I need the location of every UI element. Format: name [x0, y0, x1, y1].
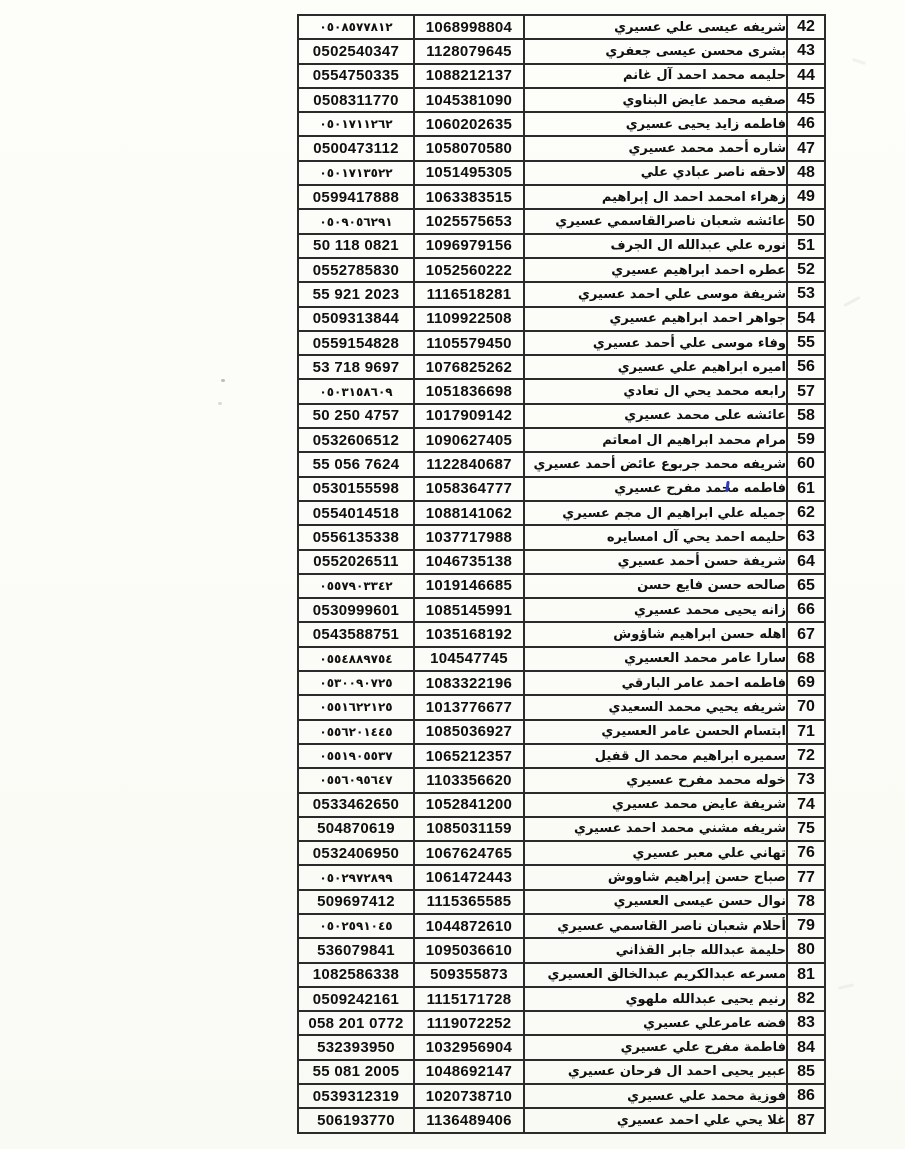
name-cell: شريفه محمد جربوع عائض أحمد عسيري [524, 452, 787, 476]
table-row: 05561353381037717988حليمه احمد يحي آل ام… [298, 525, 825, 549]
table-row: 05301555981058364777فاطمه محمد مفرح عسير… [298, 477, 825, 501]
national-id-cell: 1025575653 [414, 209, 524, 233]
name-cell: فاطمه محمد مفرح عسيري [524, 477, 787, 501]
row-number-cell: 72 [787, 744, 825, 768]
phone-cell: 506193770 [298, 1108, 414, 1132]
national-id-cell: 1085036927 [414, 720, 524, 744]
row-number-cell: 69 [787, 671, 825, 695]
name-cell: حليمه محمد احمد آل غانم [524, 64, 787, 88]
phone-cell: 0559154828 [298, 331, 414, 355]
table-row: ٠٥٠١٧١١٢٦٢1060202635فاطمه زايد يحيى عسير… [298, 112, 825, 136]
name-cell: حليمة عبدالله جابر القذاني [524, 938, 787, 962]
table-row: 05309996011085145991زانه يحيى محمد عسيري… [298, 598, 825, 622]
row-number-cell: 84 [787, 1035, 825, 1059]
phone-cell: ٠٥٣٠٠٩٠٧٢٥ [298, 671, 414, 695]
row-number-cell: 45 [787, 88, 825, 112]
table-row: ٠٥٥٧٩٠٣٣٤٢1019146685صالحه حسن فايع حسن65 [298, 574, 825, 598]
row-number-cell: 67 [787, 622, 825, 646]
row-number-cell: 64 [787, 550, 825, 574]
table-row: ٠٥٥٦٢٠١٤٤٥1085036927ابتسام الحسن عامر ال… [298, 720, 825, 744]
row-number-cell: 59 [787, 428, 825, 452]
name-cell: لاحقه ناصر عبادي علي [524, 161, 787, 185]
national-id-cell: 1046735138 [414, 550, 524, 574]
name-cell: رابعه محمد يحي ال تعادي [524, 379, 787, 403]
table-row: 05083117701045381090صفيه محمد عايض البنا… [298, 88, 825, 112]
phone-cell: 1082586338 [298, 963, 414, 987]
row-number-cell: 62 [787, 501, 825, 525]
phone-cell: ٠٥٠٢٥٩١٠٤٥ [298, 914, 414, 938]
national-id-cell: 1088212137 [414, 64, 524, 88]
row-number-cell: 55 [787, 331, 825, 355]
national-id-cell: 1067624765 [414, 841, 524, 865]
row-number-cell: 70 [787, 695, 825, 719]
name-cell: رنيم يحيى عبدالله ملهوي [524, 987, 787, 1011]
phone-cell: ٠٥٠١٧١١٢٦٢ [298, 112, 414, 136]
table-row: 50 250 47571017909142عائشه على محمد عسير… [298, 404, 825, 428]
national-id-cell: 1032956904 [414, 1035, 524, 1059]
phone-cell: ٠٥٥٦٠٩٥٦٤٧ [298, 768, 414, 792]
national-id-cell: 1105579450 [414, 331, 524, 355]
table-row: 55 081 20051048692147عبير يحيى احمد ال ف… [298, 1060, 825, 1084]
table-row: ٠٥٠٩٠٥٦٢٩١1025575653عائشه شعبان ناصرالقا… [298, 209, 825, 233]
national-id-cell: 1096979156 [414, 234, 524, 258]
name-cell: اميره ابراهيم علي عسيري [524, 355, 787, 379]
table-row: 05093138441109922508جواهر احمد ابراهيم ع… [298, 307, 825, 331]
phone-cell: 0554750335 [298, 64, 414, 88]
table-row: 05025403471128079645بشرى محسن عيسى جعفري… [298, 39, 825, 63]
national-id-cell: 1019146685 [414, 574, 524, 598]
row-number-cell: 60 [787, 452, 825, 476]
row-number-cell: 79 [787, 914, 825, 938]
table-row: 5323939501032956904فاطمة مفرح علي عسيري8… [298, 1035, 825, 1059]
phone-cell: ٠٥٥٦٢٠١٤٤٥ [298, 720, 414, 744]
name-cell: جميله علي ابراهيم ال مجم عسيري [524, 501, 787, 525]
row-number-cell: 65 [787, 574, 825, 598]
national-id-cell: 1083322196 [414, 671, 524, 695]
national-id-cell: 1095036610 [414, 938, 524, 962]
national-id-cell: 1085145991 [414, 598, 524, 622]
name-cell: مسرعه عبدالكريم عبدالخالق العسيري [524, 963, 787, 987]
phone-cell: 0554014518 [298, 501, 414, 525]
row-number-cell: 63 [787, 525, 825, 549]
phone-cell: 0533462650 [298, 793, 414, 817]
table-row: 05004731121058070580شاره أحمد محمد عسيري… [298, 136, 825, 160]
name-cell: خوله محمد مفرح عسيري [524, 768, 787, 792]
scan-smudge [852, 58, 866, 65]
phone-cell: 509697412 [298, 890, 414, 914]
row-number-cell: 66 [787, 598, 825, 622]
name-cell: عائشه على محمد عسيري [524, 404, 787, 428]
row-number-cell: 76 [787, 841, 825, 865]
table-row: 05092421611115171728رنيم يحيى عبدالله مل… [298, 987, 825, 1011]
table-row: 5360798411095036610حليمة عبدالله جابر ال… [298, 938, 825, 962]
table-row: 55 921 20231116518281شريفة موسى علي احمد… [298, 282, 825, 306]
phone-cell: 536079841 [298, 938, 414, 962]
scanned-page-background: ٠٥٠٨٥٧٧٨١٢1068998804شريفه عيسى علي عسيري… [0, 0, 905, 1149]
table-row: 05393123191020738710فوزية محمد علي عسيري… [298, 1084, 825, 1108]
national-id-cell: 1063383515 [414, 185, 524, 209]
name-cell: حليمه احمد يحي آل امسايره [524, 525, 787, 549]
scan-smudge [218, 402, 222, 405]
phone-cell: 0530155598 [298, 477, 414, 501]
name-cell: ابتسام الحسن عامر العسيري [524, 720, 787, 744]
phone-cell: 50 118 0821 [298, 234, 414, 258]
table-row: 05540145181088141062جميله علي ابراهيم ال… [298, 501, 825, 525]
name-cell: فاطمة مفرح علي عسيري [524, 1035, 787, 1059]
row-number-cell: 71 [787, 720, 825, 744]
table-row: ٠٥٠١٧١٣٥٢٢1051495305لاحقه ناصر عبادي علي… [298, 161, 825, 185]
row-number-cell: 78 [787, 890, 825, 914]
table-row: 50 118 08211096979156نوره علي عبدالله ال… [298, 234, 825, 258]
national-id-cell: 1116518281 [414, 282, 524, 306]
name-cell: مرام محمد ابراهيم ال امعاتم [524, 428, 787, 452]
pen-ink-mark [725, 480, 729, 491]
phone-cell: ٠٥٥١٦٢٢١٢٥ [298, 695, 414, 719]
row-number-cell: 75 [787, 817, 825, 841]
name-cell: فضه عامرعلي عسيري [524, 1011, 787, 1035]
table-row: ٠٥٣٠٠٩٠٧٢٥1083322196فاطمه احمد عامر البا… [298, 671, 825, 695]
phone-cell: 0502540347 [298, 39, 414, 63]
phone-cell: 55 921 2023 [298, 282, 414, 306]
phone-cell: ٠٥٠١٧١٣٥٢٢ [298, 161, 414, 185]
name-cell: شاره أحمد محمد عسيري [524, 136, 787, 160]
scan-smudge [838, 983, 854, 989]
row-number-cell: 53 [787, 282, 825, 306]
name-cell: سميره ابراهيم محمد ال قفيل [524, 744, 787, 768]
table-row: 05334626501052841200شريفة عايض محمد عسير… [298, 793, 825, 817]
table-row: 05591548281105579450وفاء موسى علي أحمد ع… [298, 331, 825, 355]
table-row: ٠٥٥٤٨٨٩٧٥٤104547745سارا عامر محمد العسير… [298, 647, 825, 671]
row-number-cell: 82 [787, 987, 825, 1011]
phone-cell: 058 201 0772 [298, 1011, 414, 1035]
phone-cell: 0532406950 [298, 841, 414, 865]
national-id-cell: 1115171728 [414, 987, 524, 1011]
table-row: 05435887511035168192اهله حسن ابراهيم شاؤ… [298, 622, 825, 646]
row-number-cell: 52 [787, 258, 825, 282]
roster-table: ٠٥٠٨٥٧٧٨١٢1068998804شريفه عيسى علي عسيري… [297, 14, 826, 1134]
national-id-cell: 1061472443 [414, 865, 524, 889]
phone-cell: 532393950 [298, 1035, 414, 1059]
table-row: 05994178881063383515زهراء امحمد احمد ال … [298, 185, 825, 209]
table-row: ٠٥٥٦٠٩٥٦٤٧1103356620خوله محمد مفرح عسيري… [298, 768, 825, 792]
name-cell: عطره احمد ابراهيم عسيري [524, 258, 787, 282]
records-body: ٠٥٠٨٥٧٧٨١٢1068998804شريفه عيسى علي عسيري… [298, 15, 825, 1133]
name-cell: شريفة موسى علي احمد عسيري [524, 282, 787, 306]
table-row: 05547503351088212137حليمه محمد احمد آل غ… [298, 64, 825, 88]
row-number-cell: 80 [787, 938, 825, 962]
table-row: ٠٥٠٢٩٧٢٨٩٩1061472443صباح حسن إبراهيم شاو… [298, 865, 825, 889]
row-number-cell: 86 [787, 1084, 825, 1108]
national-id-cell: 1020738710 [414, 1084, 524, 1108]
row-number-cell: 42 [787, 15, 825, 39]
row-number-cell: 83 [787, 1011, 825, 1035]
row-number-cell: 74 [787, 793, 825, 817]
table-row: ٠٥٥١٩٠٥٥٣٧1065212357سميره ابراهيم محمد ا… [298, 744, 825, 768]
row-number-cell: 47 [787, 136, 825, 160]
table-row: 058 201 07721119072252فضه عامرعلي عسيري8… [298, 1011, 825, 1035]
phone-cell: 55 081 2005 [298, 1060, 414, 1084]
row-number-cell: 54 [787, 307, 825, 331]
national-id-cell: 1103356620 [414, 768, 524, 792]
national-id-cell: 1068998804 [414, 15, 524, 39]
table-row: 05326065121090627405مرام محمد ابراهيم ال… [298, 428, 825, 452]
national-id-cell: 1090627405 [414, 428, 524, 452]
name-cell: صفيه محمد عايض البناوي [524, 88, 787, 112]
name-cell: شريفة عايض محمد عسيري [524, 793, 787, 817]
phone-cell: 50 250 4757 [298, 404, 414, 428]
national-id-cell: 1122840687 [414, 452, 524, 476]
phone-cell: 0552026511 [298, 550, 414, 574]
name-cell: شريفه يحيي محمد السعيدي [524, 695, 787, 719]
phone-cell: 0556135338 [298, 525, 414, 549]
row-number-cell: 49 [787, 185, 825, 209]
national-id-cell: 509355873 [414, 963, 524, 987]
phone-cell: 0508311770 [298, 88, 414, 112]
table-row: ٠٥٠٢٥٩١٠٤٥1044872610أحلام شعبان ناصر الق… [298, 914, 825, 938]
table-row: 05324069501067624765تهاني علي معبر عسيري… [298, 841, 825, 865]
national-id-cell: 1045381090 [414, 88, 524, 112]
table-row: 5061937701136489406غلا يحي علي احمد عسير… [298, 1108, 825, 1132]
phone-cell: ٠٥٠٩٠٥٦٢٩١ [298, 209, 414, 233]
scan-smudge [221, 379, 225, 382]
phone-cell: 0599417888 [298, 185, 414, 209]
national-id-cell: 1085031159 [414, 817, 524, 841]
table-row: ٠٥٠٣١٥٨٦٠٩1051836698رابعه محمد يحي ال تع… [298, 379, 825, 403]
row-number-cell: 43 [787, 39, 825, 63]
phone-cell: ٠٥٥١٩٠٥٥٣٧ [298, 744, 414, 768]
national-id-cell: 1051836698 [414, 379, 524, 403]
row-number-cell: 85 [787, 1060, 825, 1084]
phone-cell: ٠٥٠٢٩٧٢٨٩٩ [298, 865, 414, 889]
national-id-cell: 1017909142 [414, 404, 524, 428]
table-row: 05520265111046735138شريفة حسن أحمد عسيري… [298, 550, 825, 574]
row-number-cell: 73 [787, 768, 825, 792]
phone-cell: 0539312319 [298, 1084, 414, 1108]
phone-cell: ٠٥٠٨٥٧٧٨١٢ [298, 15, 414, 39]
national-id-cell: 1048692147 [414, 1060, 524, 1084]
row-number-cell: 77 [787, 865, 825, 889]
row-number-cell: 50 [787, 209, 825, 233]
phone-cell: ٠٥٥٤٨٨٩٧٥٤ [298, 647, 414, 671]
table-row: 05527858301052560222عطره احمد ابراهيم عس… [298, 258, 825, 282]
name-cell: صالحه حسن فايع حسن [524, 574, 787, 598]
national-id-cell: 1119072252 [414, 1011, 524, 1035]
name-cell: عبير يحيى احمد ال فرحان عسيري [524, 1060, 787, 1084]
national-id-cell: 1115365585 [414, 890, 524, 914]
name-cell: سارا عامر محمد العسيري [524, 647, 787, 671]
phone-cell: 0509313844 [298, 307, 414, 331]
national-id-cell: 1051495305 [414, 161, 524, 185]
name-cell: فوزية محمد علي عسيري [524, 1084, 787, 1108]
table-row: ٠٥٥١٦٢٢١٢٥1013776677شريفه يحيي محمد السع… [298, 695, 825, 719]
name-cell: غلا يحي علي احمد عسيري [524, 1108, 787, 1132]
name-cell: اهله حسن ابراهيم شاؤوش [524, 622, 787, 646]
phone-cell: ٠٥٠٣١٥٨٦٠٩ [298, 379, 414, 403]
phone-cell: 0530999601 [298, 598, 414, 622]
phone-cell: 0543588751 [298, 622, 414, 646]
name-cell: بشرى محسن عيسى جعفري [524, 39, 787, 63]
name-cell: فاطمه زايد يحيى عسيري [524, 112, 787, 136]
name-cell: تهاني علي معبر عسيري [524, 841, 787, 865]
name-cell: شريفه مشني محمد احمد عسيري [524, 817, 787, 841]
scan-smudge [843, 296, 860, 307]
phone-cell: ٠٥٥٧٩٠٣٣٤٢ [298, 574, 414, 598]
national-id-cell: 1058364777 [414, 477, 524, 501]
row-number-cell: 51 [787, 234, 825, 258]
national-id-cell: 1109922508 [414, 307, 524, 331]
national-id-cell: 1044872610 [414, 914, 524, 938]
table-row: 5048706191085031159شريفه مشني محمد احمد … [298, 817, 825, 841]
phone-cell: 0509242161 [298, 987, 414, 1011]
row-number-cell: 61 [787, 477, 825, 501]
name-cell: شريفة حسن أحمد عسيري [524, 550, 787, 574]
table-row: 53 718 96971076825262اميره ابراهيم علي ع… [298, 355, 825, 379]
national-id-cell: 1037717988 [414, 525, 524, 549]
table-row: 1082586338509355873مسرعه عبدالكريم عبدال… [298, 963, 825, 987]
name-cell: شريفه عيسى علي عسيري [524, 15, 787, 39]
table-row: ٠٥٠٨٥٧٧٨١٢1068998804شريفه عيسى علي عسيري… [298, 15, 825, 39]
national-id-cell: 1088141062 [414, 501, 524, 525]
name-cell: أحلام شعبان ناصر القاسمي عسيري [524, 914, 787, 938]
national-id-cell: 1076825262 [414, 355, 524, 379]
name-cell: صباح حسن إبراهيم شاووش [524, 865, 787, 889]
phone-cell: 0552785830 [298, 258, 414, 282]
national-id-cell: 1065212357 [414, 744, 524, 768]
phone-cell: 0532606512 [298, 428, 414, 452]
national-id-cell: 104547745 [414, 647, 524, 671]
name-cell: نوره علي عبدالله ال الجرف [524, 234, 787, 258]
name-cell: فاطمه احمد عامر البارقي [524, 671, 787, 695]
national-id-cell: 1058070580 [414, 136, 524, 160]
phone-cell: 504870619 [298, 817, 414, 841]
national-id-cell: 1013776677 [414, 695, 524, 719]
national-id-cell: 1128079645 [414, 39, 524, 63]
row-number-cell: 57 [787, 379, 825, 403]
national-id-cell: 1035168192 [414, 622, 524, 646]
name-cell: وفاء موسى علي أحمد عسيري [524, 331, 787, 355]
phone-cell: 53 718 9697 [298, 355, 414, 379]
name-cell: جواهر احمد ابراهيم عسيري [524, 307, 787, 331]
row-number-cell: 68 [787, 647, 825, 671]
national-id-cell: 1052841200 [414, 793, 524, 817]
national-id-cell: 1060202635 [414, 112, 524, 136]
national-id-cell: 1136489406 [414, 1108, 524, 1132]
table-row: 5096974121115365585نوال حسن عيسى العسيري… [298, 890, 825, 914]
national-id-cell: 1052560222 [414, 258, 524, 282]
row-number-cell: 56 [787, 355, 825, 379]
name-cell: نوال حسن عيسى العسيري [524, 890, 787, 914]
row-number-cell: 87 [787, 1108, 825, 1132]
phone-cell: 0500473112 [298, 136, 414, 160]
row-number-cell: 44 [787, 64, 825, 88]
name-cell: عائشه شعبان ناصرالقاسمي عسيري [524, 209, 787, 233]
phone-cell: 55 056 7624 [298, 452, 414, 476]
table-row: 55 056 76241122840687شريفه محمد جربوع عا… [298, 452, 825, 476]
row-number-cell: 46 [787, 112, 825, 136]
row-number-cell: 81 [787, 963, 825, 987]
row-number-cell: 58 [787, 404, 825, 428]
name-cell: زانه يحيى محمد عسيري [524, 598, 787, 622]
row-number-cell: 48 [787, 161, 825, 185]
name-cell: زهراء امحمد احمد ال إبراهيم [524, 185, 787, 209]
